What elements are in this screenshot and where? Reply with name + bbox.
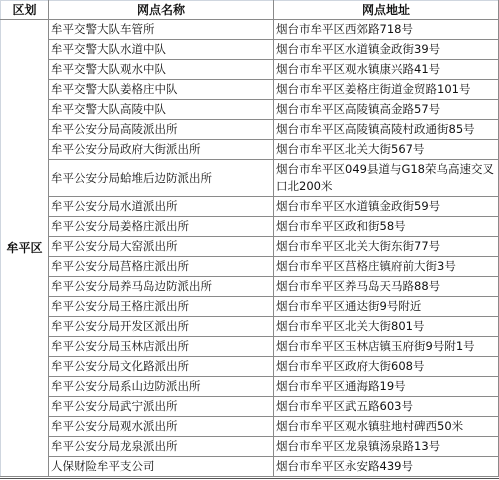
address-cell: 烟台市牟平区北关大街801号 [274, 317, 499, 337]
address-cell: 烟台市牟平区049县道与G18荣乌高速交叉口北200米 [274, 160, 499, 197]
name-cell: 牟平交警大队高陵中队 [49, 100, 274, 120]
name-cell: 牟平公安分局高陵派出所 [49, 120, 274, 140]
address-cell: 烟台市牟平区观水镇康兴路41号 [274, 60, 499, 80]
address-cell: 烟台市牟平区观水镇驻地村碑西50米 [274, 417, 499, 437]
table-row: 牟平公安分局武宁派出所烟台市牟平区武五路603号 [1, 397, 499, 417]
address-cell: 烟台市牟平区政和街58号 [274, 217, 499, 237]
table-row: 牟平公安分局王格庄派出所烟台市牟平区通达街9号附近 [1, 297, 499, 317]
table-row: 牟平公安分局系山边防派出所烟台市牟平区通海路19号 [1, 377, 499, 397]
table-row: 牟平公安分局蛤堆后边防派出所烟台市牟平区049县道与G18荣乌高速交叉口北200… [1, 160, 499, 197]
header-name: 网点名称 [49, 1, 274, 20]
address-cell: 烟台市牟平区养马岛天马路88号 [274, 277, 499, 297]
name-cell: 牟平公安分局文化路派出所 [49, 357, 274, 377]
name-cell: 牟平公安分局玉林店派出所 [49, 337, 274, 357]
table-row: 牟平公安分局观水派出所烟台市牟平区观水镇驻地村碑西50米 [1, 417, 499, 437]
address-cell: 烟台市牟平区龙泉镇汤泉路13号 [274, 437, 499, 457]
table-row: 牟平交警大队观水中队烟台市牟平区观水镇康兴路41号 [1, 60, 499, 80]
name-cell: 牟平公安分局王格庄派出所 [49, 297, 274, 317]
name-cell: 牟平公安分局水道派出所 [49, 197, 274, 217]
name-cell: 牟平公安分局大窑派出所 [49, 237, 274, 257]
table-row: 牟平公安分局莒格庄派出所烟台市牟平区莒格庄镇府前大街3号 [1, 257, 499, 277]
table-row: 牟平公安分局文化路派出所烟台市牟平区政府大街608号 [1, 357, 499, 377]
name-cell: 牟平公安分局龙泉派出所 [49, 437, 274, 457]
header-address: 网点地址 [274, 1, 499, 20]
address-cell: 烟台市牟平区通达街9号附近 [274, 297, 499, 317]
table-row: 牟平公安分局养马岛边防派出所烟台市牟平区养马岛天马路88号 [1, 277, 499, 297]
name-cell: 牟平公安分局莒格庄派出所 [49, 257, 274, 277]
name-cell: 牟平交警大队车管所 [49, 20, 274, 40]
table-row: 牟平公安分局开发区派出所烟台市牟平区北关大街801号 [1, 317, 499, 337]
name-cell: 牟平公安分局开发区派出所 [49, 317, 274, 337]
address-cell: 烟台市牟平区莒格庄镇府前大街3号 [274, 257, 499, 277]
address-cell: 烟台市牟平区水道镇金政街59号 [274, 197, 499, 217]
table-body: 牟平区 牟平交警大队车管所 烟台市牟平区西郊路718号 牟平交警大队水道中队烟台… [1, 20, 499, 477]
address-cell: 烟台市牟平区水道镇金政街39号 [274, 40, 499, 60]
table-row: 人保财险牟平支公司烟台市牟平区永安路439号 [1, 457, 499, 477]
address-cell: 烟台市牟平区武五路603号 [274, 397, 499, 417]
table-row: 牟平交警大队水道中队烟台市牟平区水道镇金政街39号 [1, 40, 499, 60]
name-cell: 牟平交警大队观水中队 [49, 60, 274, 80]
name-cell: 牟平公安分局系山边防派出所 [49, 377, 274, 397]
table-row: 牟平公安分局玉林店派出所烟台市牟平区玉林店镇玉府街9号附1号 [1, 337, 499, 357]
name-cell: 牟平公安分局养马岛边防派出所 [49, 277, 274, 297]
table-row: 牟平交警大队高陵中队烟台市牟平区高陵镇高金路57号 [1, 100, 499, 120]
address-cell: 烟台市牟平区北关大街567号 [274, 140, 499, 160]
name-cell: 牟平公安分局政府大街派出所 [49, 140, 274, 160]
address-cell: 烟台市牟平区北关大街东街77号 [274, 237, 499, 257]
name-cell: 牟平公安分局蛤堆后边防派出所 [49, 160, 274, 197]
address-cell: 烟台市牟平区永安路439号 [274, 457, 499, 477]
address-cell: 烟台市牟平区高陵镇高陵村政通街85号 [274, 120, 499, 140]
table-row: 牟平区 牟平交警大队车管所 烟台市牟平区西郊路718号 [1, 20, 499, 40]
name-cell: 牟平交警大队姜格庄中队 [49, 80, 274, 100]
name-cell: 牟平交警大队水道中队 [49, 40, 274, 60]
name-cell: 人保财险牟平支公司 [49, 457, 274, 477]
table-row: 牟平公安分局政府大街派出所烟台市牟平区北关大街567号 [1, 140, 499, 160]
header-district: 区划 [1, 1, 49, 20]
name-cell: 牟平公安分局武宁派出所 [49, 397, 274, 417]
table-row: 牟平公安分局龙泉派出所烟台市牟平区龙泉镇汤泉路13号 [1, 437, 499, 457]
table-row: 牟平公安分局高陵派出所烟台市牟平区高陵镇高陵村政通街85号 [1, 120, 499, 140]
address-cell: 烟台市牟平区玉林店镇玉府街9号附1号 [274, 337, 499, 357]
bottom-border [0, 478, 499, 479]
name-cell: 牟平公安分局观水派出所 [49, 417, 274, 437]
address-cell: 烟台市牟平区西郊路718号 [274, 20, 499, 40]
district-cell: 牟平区 [1, 20, 49, 477]
table-row: 牟平交警大队姜格庄中队烟台市牟平区姜格庄街道金贸路101号 [1, 80, 499, 100]
table-row: 牟平公安分局水道派出所烟台市牟平区水道镇金政街59号 [1, 197, 499, 217]
address-cell: 烟台市牟平区政府大街608号 [274, 357, 499, 377]
name-cell: 牟平公安分局姜格庄派出所 [49, 217, 274, 237]
table-row: 牟平公安分局大窑派出所烟台市牟平区北关大街东街77号 [1, 237, 499, 257]
address-cell: 烟台市牟平区姜格庄街道金贸路101号 [274, 80, 499, 100]
address-cell: 烟台市牟平区高陵镇高金路57号 [274, 100, 499, 120]
service-points-table: 区划 网点名称 网点地址 牟平区 牟平交警大队车管所 烟台市牟平区西郊路718号… [0, 0, 499, 477]
table-row: 牟平公安分局姜格庄派出所烟台市牟平区政和街58号 [1, 217, 499, 237]
address-cell: 烟台市牟平区通海路19号 [274, 377, 499, 397]
header-row: 区划 网点名称 网点地址 [1, 1, 499, 20]
